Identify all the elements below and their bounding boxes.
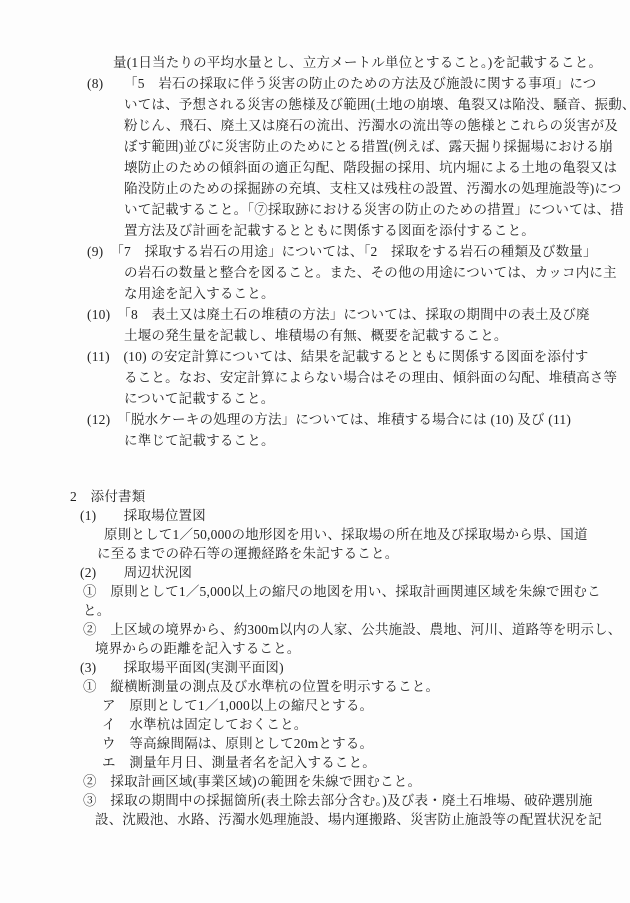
text-line-sub-2: ② 採取計画区域(事業区域)の範囲を朱線で囲むこと。 bbox=[0, 772, 630, 791]
document-page: 量(1日当たりの平均水量とし、立方メートル単位とすること。)を記載すること。 (… bbox=[0, 0, 630, 903]
text-line: な用途を記入すること。 bbox=[0, 283, 630, 304]
text-line: に至るまでの砕石等の運搬経路を朱記すること。 bbox=[0, 544, 630, 563]
text-line: に準じて記載すること。 bbox=[0, 430, 630, 451]
text-line: ること。なお、安定計算によらない場合はその理由、傾斜面の勾配、堆積高さ等 bbox=[0, 367, 630, 388]
text-line-sub-a: ア 原則として1／1,000以上の縮尺とする。 bbox=[0, 696, 630, 715]
text-line: 置方法及び計画を記載するとともに関係する図面を添付すること。 bbox=[0, 220, 630, 241]
section-attachments: 2 添付書類 (1) 採取場位置図 原則として1／50,000の地形図を用い、採… bbox=[0, 451, 630, 829]
text-line-item-9: (9) 「7 採取する岩石の用途」については、「2 採取をする岩石の種類及び数量… bbox=[0, 241, 630, 262]
text-line: 壊防止のための傾斜面の適正勾配、階段掘の採用、坑内堀による土地の亀裂又は bbox=[0, 157, 630, 178]
text-line-item-10: (10) 「8 表土又は廃土石の堆積の方法」については、採取の期間中の表土及び廃 bbox=[0, 304, 630, 325]
section-notes-items: 量(1日当たりの平均水量とし、立方メートル単位とすること。)を記載すること。 (… bbox=[0, 0, 630, 451]
text-line-sub-u: ウ 等高線間隔は、原則として20mとする。 bbox=[0, 734, 630, 753]
text-line: について記載すること。 bbox=[0, 388, 630, 409]
text-line-sub-3: ③ 採取の期間中の採掘箇所(表土除去部分含む。)及び表・廃土石堆場、破砕選別施 bbox=[0, 791, 630, 810]
text-line: 土堰の発生量を記載し、堆積場の有無、概要を記載すること。 bbox=[0, 325, 630, 346]
text-line: と。 bbox=[0, 601, 630, 620]
text-line: 原則として1／50,000の地形図を用い、採取場の所在地及び採取場から県、国道 bbox=[0, 525, 630, 544]
text-line-sub-i: イ 水準杭は固定しておくこと。 bbox=[0, 715, 630, 734]
text-line: 設、沈殿池、水路、汚濁水処理施設、場内運搬路、災害防止施設等の配置状況を記 bbox=[0, 810, 630, 829]
text-line-item-12: (12) 「脱水ケーキの処理の方法」については、堆積する場合には (10) 及び… bbox=[0, 409, 630, 430]
text-line: 陥没防止のための採掘跡の充填、支柱又は残柱の設置、汚濁水の処理施設等)につ bbox=[0, 178, 630, 199]
text-line-item-3: (3) 採取場平面図(実測平面図) bbox=[0, 658, 630, 677]
text-line-item-2: (2) 周辺状況図 bbox=[0, 563, 630, 582]
text-line: の岩石の数量と整合を図ること。また、その他の用途については、カッコ内に主 bbox=[0, 262, 630, 283]
text-line: 量(1日当たりの平均水量とし、立方メートル単位とすること。)を記載すること。 bbox=[0, 52, 630, 73]
text-line: 境界からの距離を記入すること。 bbox=[0, 639, 630, 658]
text-line: 粉じん、飛石、廃土又は廃石の流出、汚濁水の流出等の態様とこれらの災害が及 bbox=[0, 115, 630, 136]
text-line-sub-1: ① 縦横断測量の測点及び水準杭の位置を明示すること。 bbox=[0, 677, 630, 696]
text-line-item-1: (1) 採取場位置図 bbox=[0, 506, 630, 525]
section-heading: 2 添付書類 bbox=[0, 487, 630, 506]
text-line: ぼす範囲)並びに災害防止のためにとる措置(例えば、露天掘り採掘場における崩 bbox=[0, 136, 630, 157]
text-line-sub-1: ① 原則として1／5,000以上の縮尺の地図を用い、採取計画関連区域を朱線で囲む… bbox=[0, 582, 630, 601]
text-line-sub-2: ② 上区域の境界から、約300m以内の人家、公共施設、農地、河川、道路等を明示し… bbox=[0, 620, 630, 639]
text-line-sub-e: エ 測量年月日、測量者名を記入すること。 bbox=[0, 753, 630, 772]
text-line: いて記載すること。「⑦採取跡における災害の防止のための措置」については、措 bbox=[0, 199, 630, 220]
text-line: いては、予想される災害の態様及び範囲(土地の崩壊、亀裂又は陥没、騒音、振動、 bbox=[0, 94, 630, 115]
text-line-item-11: (11) (10) の安定計算については、結果を記載するとともに関係する図面を添… bbox=[0, 346, 630, 367]
text-line-item-8: (8) 「5 岩石の採取に伴う災害の防止のための方法及び施設に関する事項」につ bbox=[0, 73, 630, 94]
